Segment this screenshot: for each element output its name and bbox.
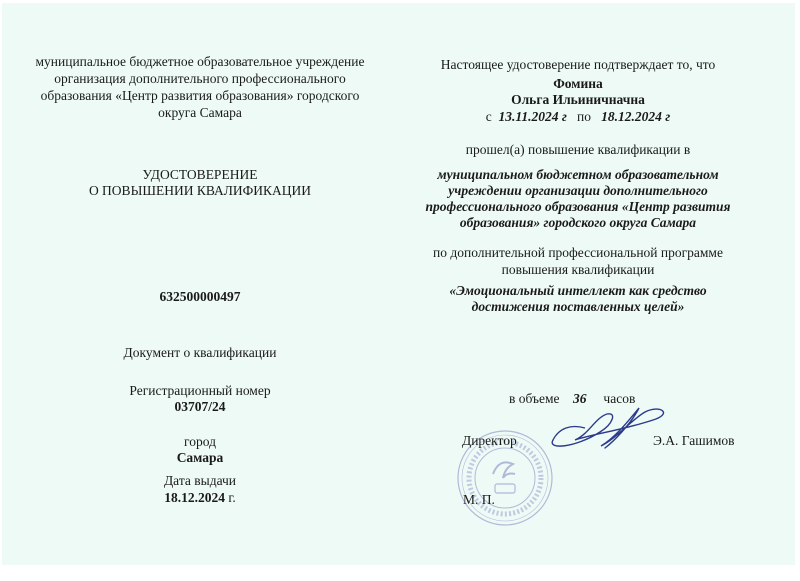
institution-line: профессионального образования «Центр раз… [400,199,756,216]
institution-line: образования» городского округа Самара [400,215,756,232]
registration-label: Регистрационный номер [0,383,400,400]
period-from: 13.11.2024 г [499,109,567,124]
program-intro-line: повышения квалификации [400,262,756,279]
registration-number: 03707/24 [0,399,400,416]
issuer-line: округа Самара [0,105,400,122]
title-line-2: О ПОВЫШЕНИИ КВАЛИФИКАЦИИ [0,183,400,200]
recipient-given-names: Ольга Ильиничначна [400,92,756,109]
completed-text: прошел(а) повышение квалификации в [400,142,756,159]
period-to-label: по [577,109,591,124]
institution-line: муниципальном бюджетном образовательном [400,167,756,184]
title-line-1: УДОСТОВЕРЕНИЕ [0,167,400,184]
study-period: с 13.11.2024 г по 18.12.2024 г [400,109,756,126]
document-number: 632500000497 [0,289,400,306]
seal-label: М. П. [463,492,495,509]
director-name: Э.А. Гашимов [653,433,735,450]
signature-icon [545,398,670,460]
issue-date-label: Дата выдачи [0,473,400,490]
period-from-label: с [486,109,492,124]
intro-text: Настоящее удостоверение подтверждает то,… [400,57,756,74]
issuer-line: организация дополнительного профессионал… [0,71,400,88]
issuer-line: муниципальное бюджетное образовательное … [0,54,400,71]
program-title-line: достижения поставленных целей» [400,299,756,316]
issue-date-suffix: г. [228,490,235,505]
institution-line: учреждении организации дополнительного [400,183,756,200]
city-label: город [0,434,400,451]
document-label: Документ о квалификации [0,345,400,362]
issue-date-row: 18.12.2024 г. [0,490,400,507]
director-label: Директор [462,433,517,450]
city-value: Самара [0,450,400,467]
issuer-line: образования «Центр развития образования»… [0,88,400,105]
program-title-line: «Эмоциональный интеллект как средство [400,283,756,300]
recipient-surname: Фомина [400,76,756,93]
period-to: 18.12.2024 г [601,109,670,124]
issue-date: 18.12.2024 [164,490,225,505]
program-intro-line: по дополнительной профессиональной прогр… [400,245,756,262]
